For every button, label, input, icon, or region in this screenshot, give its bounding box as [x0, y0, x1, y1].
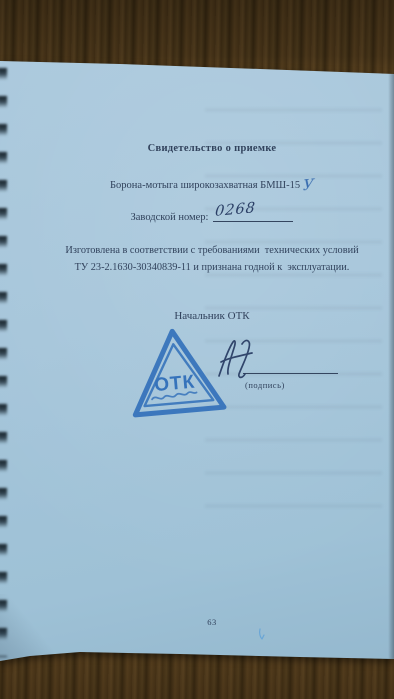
serial-number-label: Заводской номер:	[131, 212, 209, 223]
approver-title: Начальник ОТК	[30, 310, 394, 322]
photo-of-acceptance-certificate: Свидетельство о приемке Борона-мотыга ши…	[0, 0, 394, 699]
document-title: Свидетельство о приемке	[30, 143, 394, 154]
document-page-wrap: Свидетельство о приемке Борона-мотыга ши…	[0, 0, 394, 699]
compliance-text-line-2: ТУ 23-2.1630-30340839-11 и признана годн…	[30, 262, 394, 273]
compliance-text-line-1: Изготовлена в соответствии с требованиям…	[30, 245, 394, 256]
handwritten-signature	[208, 336, 264, 380]
serial-number-blank-line: 0268	[213, 209, 293, 222]
spiral-binding-marks	[0, 68, 7, 657]
signature-caption: (подпись)	[245, 380, 285, 390]
product-name: Борона-мотыга широкозахватная БМШ-15	[110, 180, 300, 191]
blue-pen-tick-mark	[257, 628, 267, 641]
page-stack-edge-shadow	[388, 72, 394, 661]
product-name-line: Борона-мотыга широкозахватная БМШ-15У	[30, 176, 394, 194]
page-number: 63	[30, 617, 394, 627]
handwritten-model-mark: У	[303, 175, 314, 194]
page-corner-fold-shadow	[0, 594, 85, 699]
document-page: Свидетельство о приемке Борона-мотыга ши…	[0, 0, 394, 699]
serial-number-row: Заводской номер:0268	[30, 209, 394, 223]
handwritten-serial-number: 0268	[215, 200, 257, 220]
